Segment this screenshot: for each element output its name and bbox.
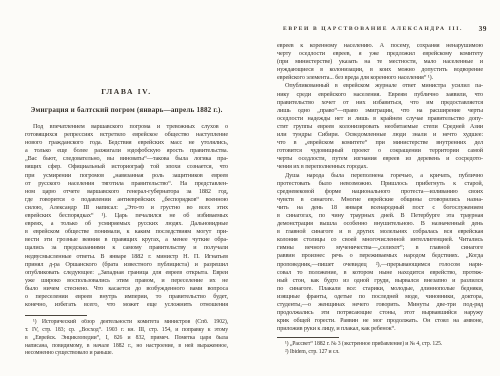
text-line: проповедник,—пишет очевидец ²),—прерываю… (277, 261, 483, 269)
text-line: в еврейском обществе понимали, к каким п… (25, 228, 228, 236)
text-line: ¹) „Рассвет“ 1882 г. № 3 (экстренное при… (277, 341, 483, 349)
text-line: средневековой форме национального протес… (277, 188, 483, 196)
text-line: приложив руки к лицу, и плакал, как ребе… (277, 325, 483, 333)
text-line: т. IV, стр. 183; ср. „Восход“. 1903 г. к… (25, 327, 228, 335)
text-line: готовится чудовищный проект о сокращении… (277, 147, 483, 155)
text-line: нику среди еврейского населения. Евреям … (277, 91, 483, 99)
footnote-divider (25, 315, 87, 316)
footnote-divider (277, 337, 339, 338)
text-line: протестовать было невозможно. Пришлось п… (277, 180, 483, 188)
text-line: Под впечатлением варшавского погрома и т… (25, 123, 228, 131)
running-head: ЕВРЕИ В ЦАРСТВОВАНИЕ АЛЕКСАНДРА III. 39 (277, 26, 483, 32)
text-line: щались за предсказаниями к самому правит… (25, 244, 228, 252)
text-line: раввин произнес речь о переживаемых наро… (277, 252, 483, 260)
text-line: гимны вечного мученичества—„селихот“; в … (277, 244, 483, 252)
section-title: Эмиграция и балтский погром (январь—апре… (25, 106, 228, 114)
text-line: правительство хочет от них избавиться, ч… (277, 99, 483, 107)
text-line: Душа народа была переполнена горечью, а … (277, 172, 483, 180)
text-line: написана, повидимому, в начале 1882 г., … (25, 343, 228, 351)
right-page: ЕВРЕИ В ЦАРСТВОВАНИЕ АЛЕКСАНДРА III. 39 … (277, 0, 483, 357)
text-line: нового гражданского года. Бедствия еврей… (25, 139, 228, 147)
text-line: колония столицы со своей многочисленной … (277, 236, 483, 244)
right-page-footnotes: ¹) „Рассвет“ 1882 г. № 3 (экстренное при… (277, 341, 483, 357)
text-line: вящих сфер. Официальный историограф той … (25, 163, 228, 171)
text-line: было ничем стеснено. Что касается до воз… (25, 285, 228, 293)
text-line: лишь одно „право“—право эмиграции, что н… (277, 107, 483, 115)
text-line: недвусмысленные ответы. В январе 1882 г.… (25, 253, 228, 261)
text-line: демонстрация вышла особенно внушительною… (277, 220, 483, 228)
text-line: по синагоге. Плакали все: старики, молод… (277, 285, 483, 293)
text-line: в „Еврейск. Энциклопедии“, I, 826 и 832,… (25, 335, 228, 343)
text-line: что в „еврейском комитете“ при министерс… (277, 139, 483, 147)
text-line: стит группы евреев колонизировать необит… (277, 123, 483, 131)
text-line: евреев к коренному населению. А посему, … (277, 42, 483, 50)
text-line: чить на день 18 января всенародный пост … (277, 204, 483, 212)
text-line: при усмирении погромов „навязанная роль … (25, 172, 228, 180)
page-number: 39 (479, 24, 487, 33)
text-line: студенты,—о женщинах нечего говорить. Ми… (277, 301, 483, 309)
text-line: а только еще более разжигали юдофобскую … (25, 147, 228, 155)
text-line: Опубликованный в еврейском журнале ответ… (277, 82, 483, 90)
left-page-footnotes: ¹) Исторический обзор деятельности комит… (25, 319, 228, 358)
text-line: еврейских беспорядках“ ¹). Царь печалилс… (25, 212, 228, 220)
running-head-title: ЕВРЕИ В ЦАРСТВОВАНИЕ АЛЕКСАНДРА III. (283, 26, 463, 32)
text-line: несомненно существовало и раньше. (25, 350, 228, 358)
text-line: о переселении евреев внутрь империи, то … (25, 293, 228, 301)
text-line: ный стон, как будто из одной груди, вырв… (277, 277, 483, 285)
text-line: от русского населения тяготила правитель… (25, 180, 228, 188)
text-line: ном царю отчете варшавского генерал-губе… (25, 188, 228, 196)
text-line: опубликовать следующее: „Западная границ… (25, 269, 228, 277)
text-line: продолжались эти потрясающие стоны, этот… (277, 309, 483, 317)
text-line: изящные франты, одетые по последней моде… (277, 293, 483, 301)
text-line: конечно, избегать всего, что может еще у… (25, 301, 228, 309)
text-line: в синагогах, по чину траурных дней. В Пе… (277, 212, 483, 220)
text-line: чувств в синагоге. Многие еврейские общи… (277, 196, 483, 204)
text-line: черту оседлости евреев, я уже предложил … (277, 50, 483, 58)
text-line: уже широко воспользовались этим правом, … (25, 277, 228, 285)
text-line: или тундры Сибири. Осведомленные люди зн… (277, 131, 483, 139)
text-line: оседлости надежды нет и лишь в крайнем с… (277, 115, 483, 123)
text-line: нуждающиеся в колонизации, в коих можно … (277, 66, 483, 74)
text-line: евреях, а только об усмиряемых русских л… (25, 220, 228, 228)
text-line: в главной синагоге и в других молельнях … (277, 228, 483, 236)
book-spread: { "colors": { "paper": "#fcfbf8", "ink":… (0, 0, 500, 376)
text-line: где говорится о подавлении антиеврейских… (25, 196, 228, 204)
text-line: вести эти грозные веяния в правящих круг… (25, 236, 228, 244)
text-line: готовящихся репрессиях встретило еврейск… (25, 131, 228, 139)
text-line: силою, Александр III написал: „Это-то и … (25, 204, 228, 212)
right-page-body: евреев к коренному населению. А посему, … (277, 42, 483, 333)
text-line: крик общей горести. Раввин не мог продол… (277, 317, 483, 325)
left-page: ГЛАВА IV. Эмиграция и балтский погром (я… (25, 0, 228, 358)
text-line: еврейского элемента... без вреда для кор… (277, 74, 483, 82)
chapter-heading: ГЛАВА IV. (25, 87, 228, 96)
text-line: чения их в переполненных городах. (277, 163, 483, 171)
text-line: ²) Ibidem, стр. 127 и сл. (277, 349, 483, 357)
text-line: черты оседлости, путем изгнания евреев и… (277, 155, 483, 163)
text-line: „Вас бьют, следовательно, вы виноваты“—т… (25, 155, 228, 163)
text-line: (при министерстве) указать на те местнос… (277, 58, 483, 66)
left-page-body: Под впечатлением варшавского погрома и т… (25, 123, 228, 309)
text-line: совал то положение, в котором ныне наход… (277, 269, 483, 277)
text-line: ¹) Исторический обзор деятельности комит… (25, 319, 228, 327)
text-line: принял д-ра Оршанского (брата известного… (25, 261, 228, 269)
